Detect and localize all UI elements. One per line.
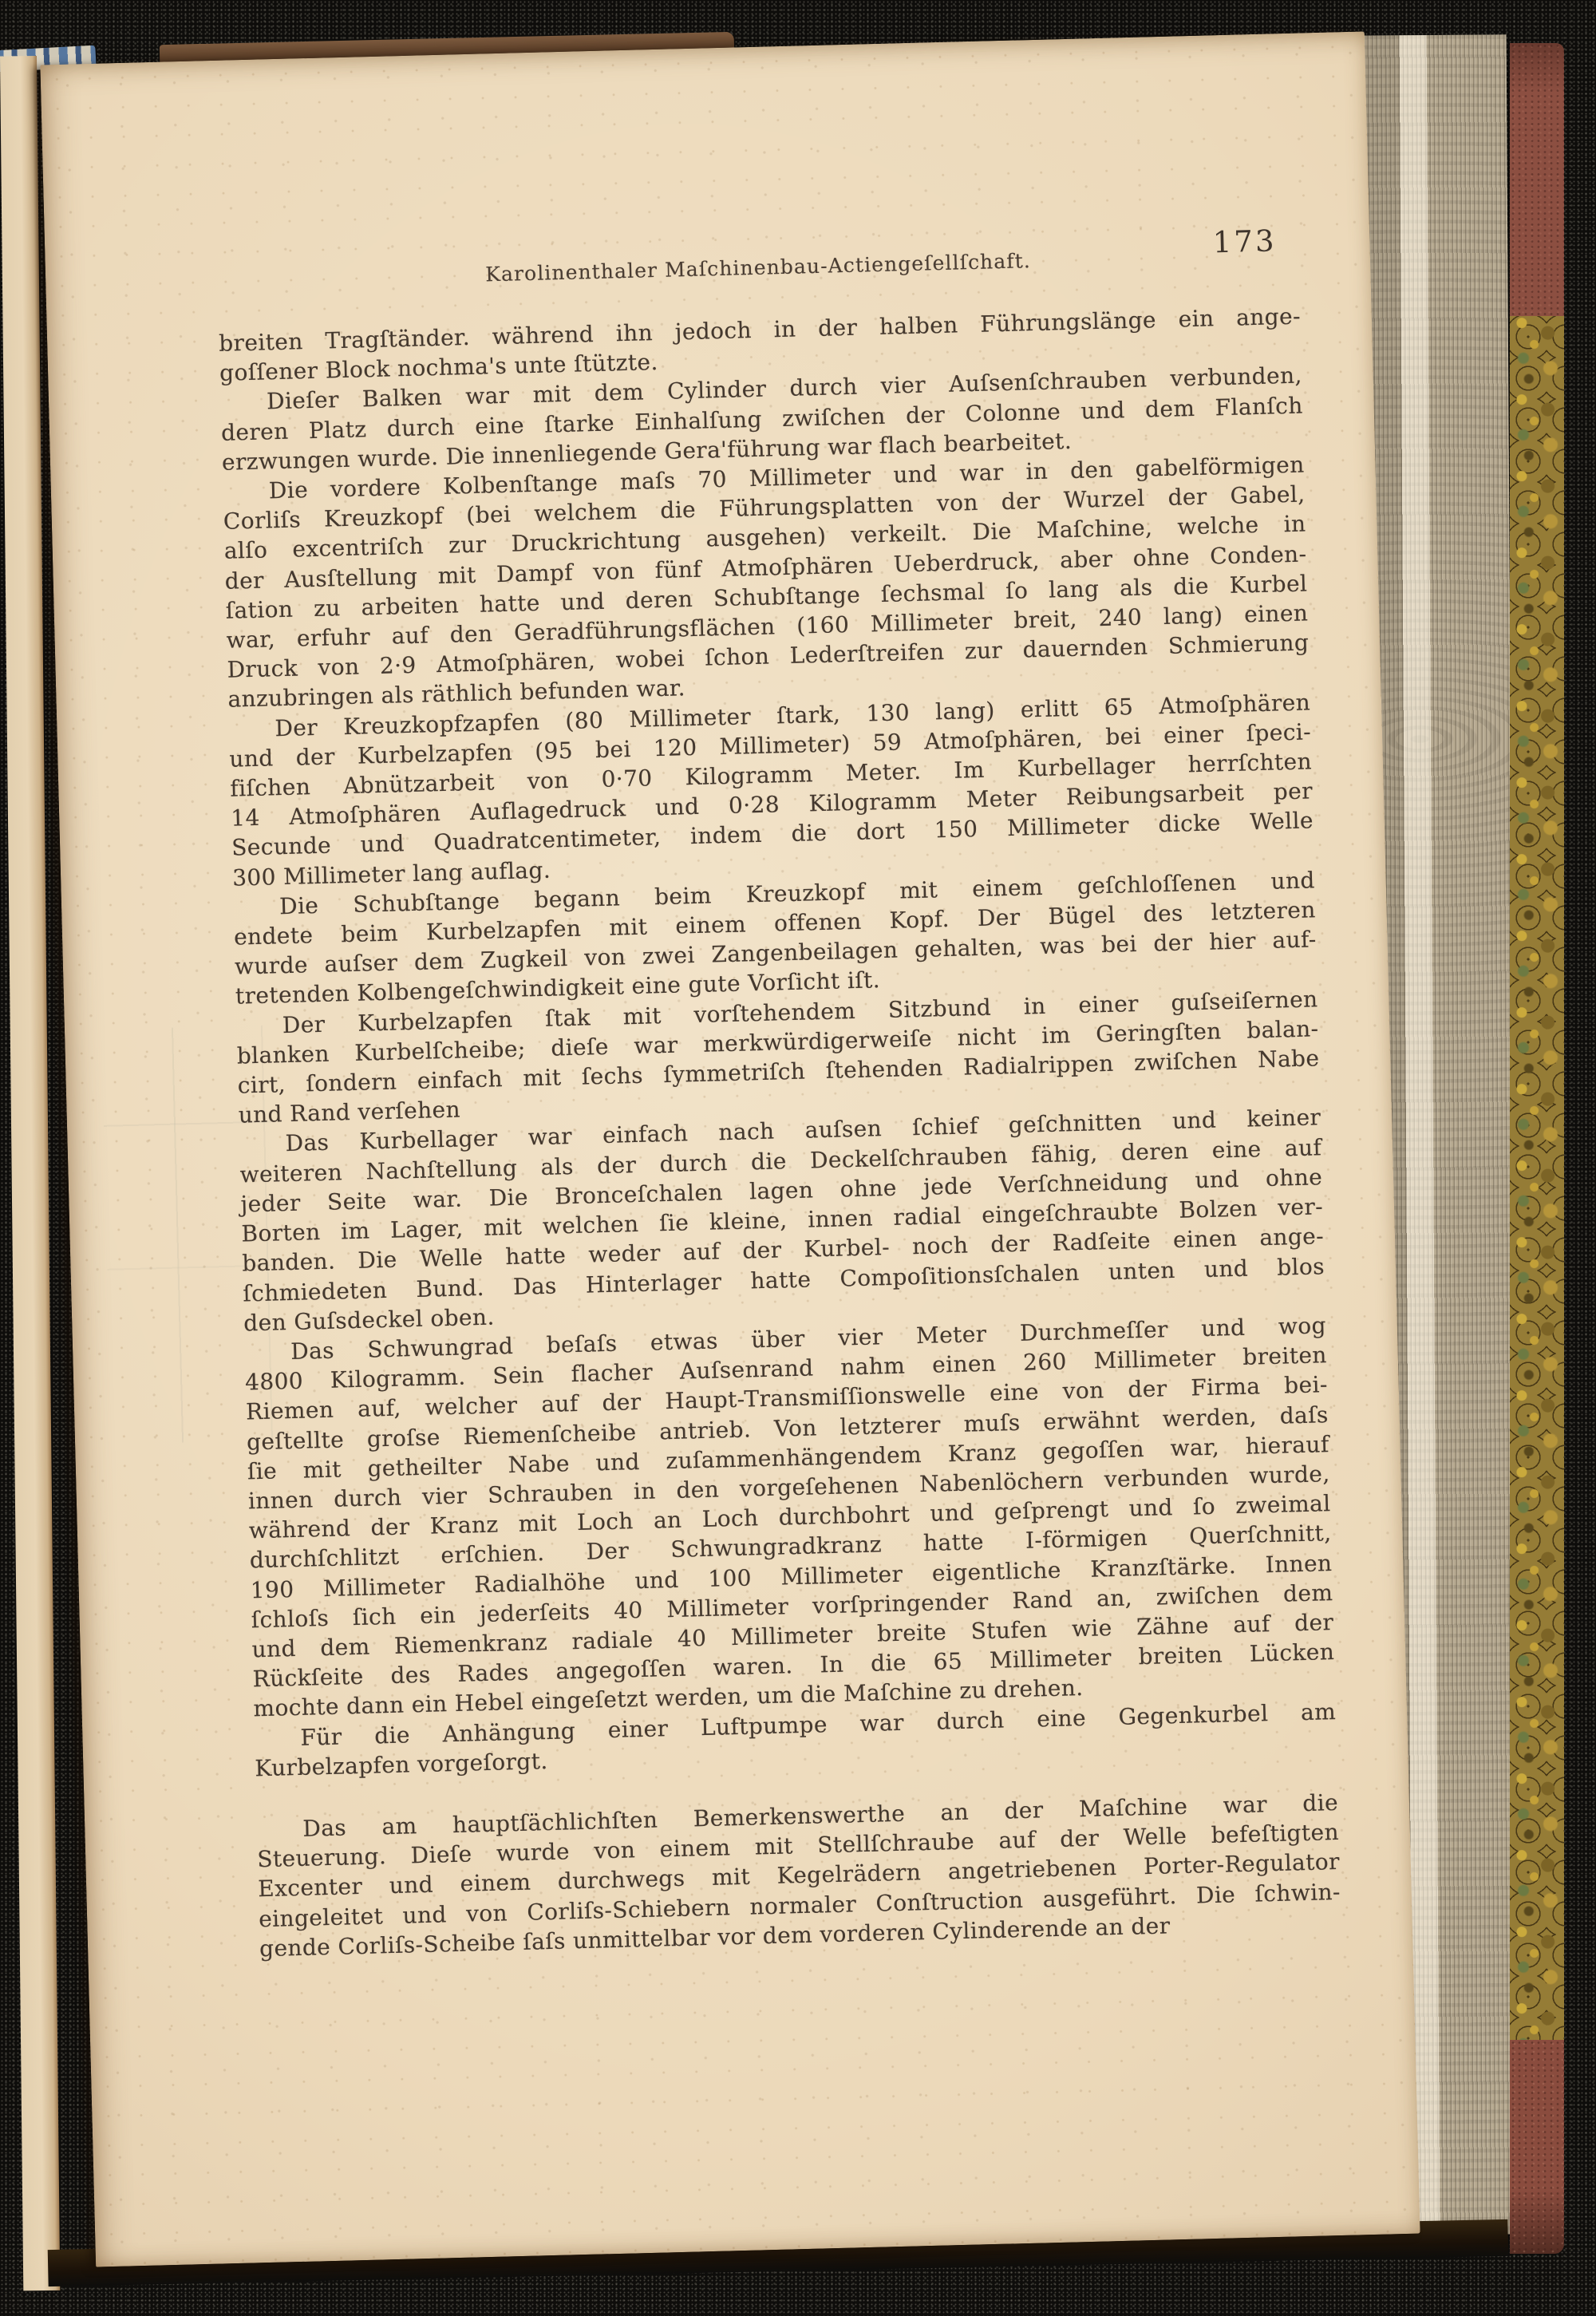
paragraph: Das Kurbellager war einfach nach auſsen … bbox=[239, 1103, 1325, 1338]
body-text: breiten Tragſtänder. während ihn jedoch … bbox=[219, 302, 1341, 1964]
paragraph: Der Kreuzkopfzapfen (80 Millimeter ſtark… bbox=[228, 687, 1314, 892]
text-block: Karolinenthaler Maſchinenbau-Actiengeſel… bbox=[217, 243, 1341, 1964]
book-page: Karolinenthaler Maſchinenbau-Actiengeſel… bbox=[40, 31, 1420, 2267]
cover-marbled-board bbox=[1510, 316, 1564, 2040]
paragraph: Das am hauptſächlichſten Bemerkenswerthe… bbox=[256, 1788, 1341, 1963]
cover-leather-corner-bottom bbox=[1510, 2040, 1564, 2254]
cover-leather-corner-top bbox=[1510, 43, 1564, 316]
page-number: 173 bbox=[1212, 223, 1277, 259]
paragraph: Das Schwungrad beſaſs etwas über vier Me… bbox=[244, 1310, 1336, 1724]
paragraph: Die vordere Kolbenſtange maſs 70 Millime… bbox=[222, 450, 1310, 715]
page-header: Karolinenthaler Maſchinenbau-Actiengeſel… bbox=[217, 243, 1300, 305]
book-cover-strip bbox=[1510, 43, 1564, 2254]
running-header: Karolinenthaler Maſchinenbau-Actiengeſel… bbox=[217, 243, 1299, 293]
scanned-book-photo: Karolinenthaler Maſchinenbau-Actiengeſel… bbox=[0, 0, 1596, 2316]
